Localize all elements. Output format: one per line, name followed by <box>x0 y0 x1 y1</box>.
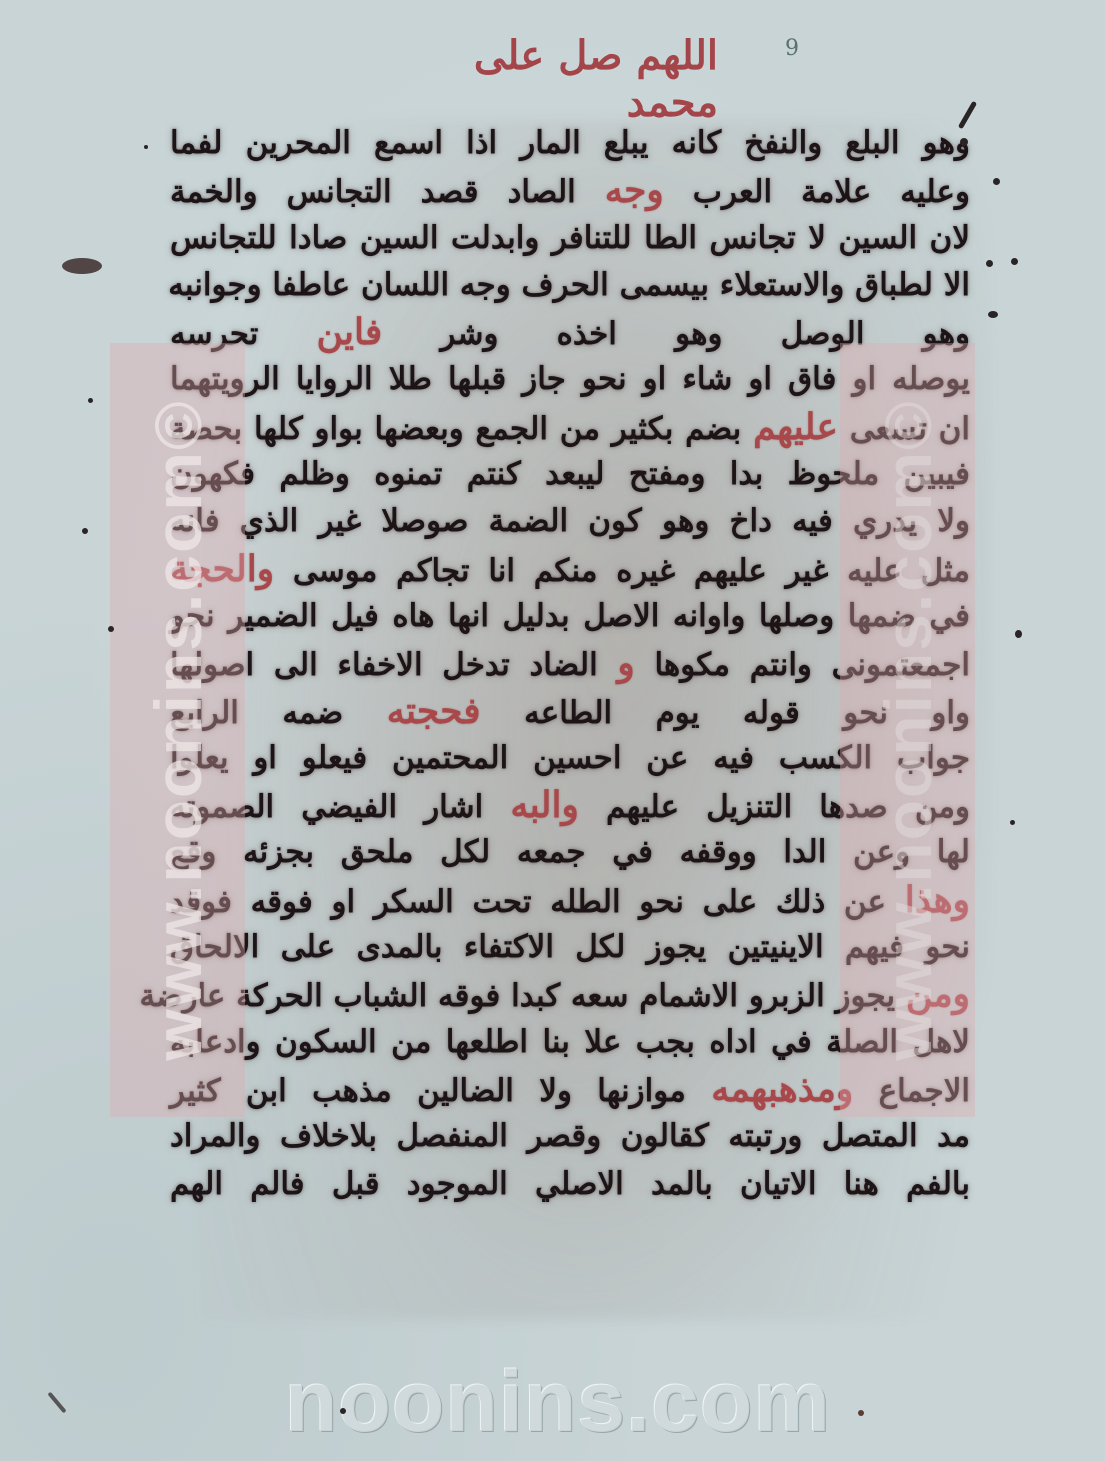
watermark-left-text: www.noonins.com© <box>140 399 216 1060</box>
line-text: وهو البلع والنفخ كانه يبلع المار اذا اسم… <box>170 125 970 161</box>
rubric-word: فاين <box>317 311 383 353</box>
manuscript-page: 9 اللهم صل على محمد وهو البلع والنفخ كان… <box>0 0 1105 1461</box>
line-text: بضم بكثير من الجمع وبعضها بواو كلها بحصة <box>170 411 741 447</box>
worm-hole <box>1010 820 1015 825</box>
rubric-word: ومذهبهمه <box>711 1068 853 1110</box>
manuscript-line: الا لطباق والاستعلاء بيسمى الحرف وجه الل… <box>170 262 970 309</box>
line-text: موازنها ولا الضالين مذهب ابن كثير <box>170 1073 686 1109</box>
worm-hole <box>88 398 93 403</box>
rubric-word: عليهم <box>753 406 838 448</box>
watermark-bottom: noonins.com <box>248 1362 868 1442</box>
manuscript-line: وهو البلع والنفخ كانه يبلع المار اذا اسم… <box>170 120 970 167</box>
watermark-left: www.noonins.com© <box>110 343 245 1117</box>
manuscript-line: بالفم هنا الاتيان بالمد الاصلي الموجود ق… <box>170 1161 970 1208</box>
manuscript-line: لان السين لا تجانس الطا للتنافر وابدلت ا… <box>170 215 970 262</box>
ink-blot <box>62 258 102 274</box>
worm-hole <box>960 138 968 146</box>
manuscript-line: وعليه علامة العرب وجه الصاد قصد التجانس … <box>170 167 970 214</box>
worm-hole <box>340 1408 346 1414</box>
line-text: الصاد قصد التجانس والخمة <box>170 174 576 210</box>
ink-stroke <box>47 1392 66 1414</box>
worm-hole <box>993 178 1000 185</box>
line-text: مد المتصل ورتبته كقالون وقصر المنفصل بلا… <box>170 1118 970 1154</box>
folio-number: 9 <box>785 36 799 61</box>
rubric-word: وجه <box>605 169 664 211</box>
line-text: بالفم هنا الاتيان بالمد الاصلي الموجود ق… <box>170 1166 970 1202</box>
line-text: عن ذلك على نحو الطله تحت السكر او فوقه ف… <box>170 884 886 920</box>
worm-hole <box>1011 258 1018 265</box>
worm-hole <box>858 1410 864 1416</box>
worm-hole <box>144 145 148 149</box>
rubric-word: فحجته <box>387 690 481 732</box>
header-invocation-rubric: اللهم صل على محمد <box>388 44 718 114</box>
watermark-right: www.noonins.com© <box>840 343 975 1117</box>
worm-hole <box>82 528 88 534</box>
watermark-right-text: www.noonins.com© <box>870 399 946 1060</box>
rubric-word: و <box>617 642 634 684</box>
line-text: الا لطباق والاستعلاء بيسمى الحرف وجه الل… <box>168 267 970 303</box>
rubric-word: والبه <box>510 784 579 826</box>
line-text: وعليه علامة العرب <box>693 174 970 210</box>
manuscript-line: مد المتصل ورتبته كقالون وقصر المنفصل بلا… <box>170 1113 970 1160</box>
worm-hole <box>1015 630 1022 638</box>
worm-hole <box>108 626 114 632</box>
line-text: لان السين لا تجانس الطا للتنافر وابدلت ا… <box>170 220 970 256</box>
line-text: يجوز الزبرو الاشمام سعه كبدا فوقه الشباب… <box>140 978 896 1014</box>
worm-hole <box>986 260 993 267</box>
worm-hole <box>988 311 998 318</box>
